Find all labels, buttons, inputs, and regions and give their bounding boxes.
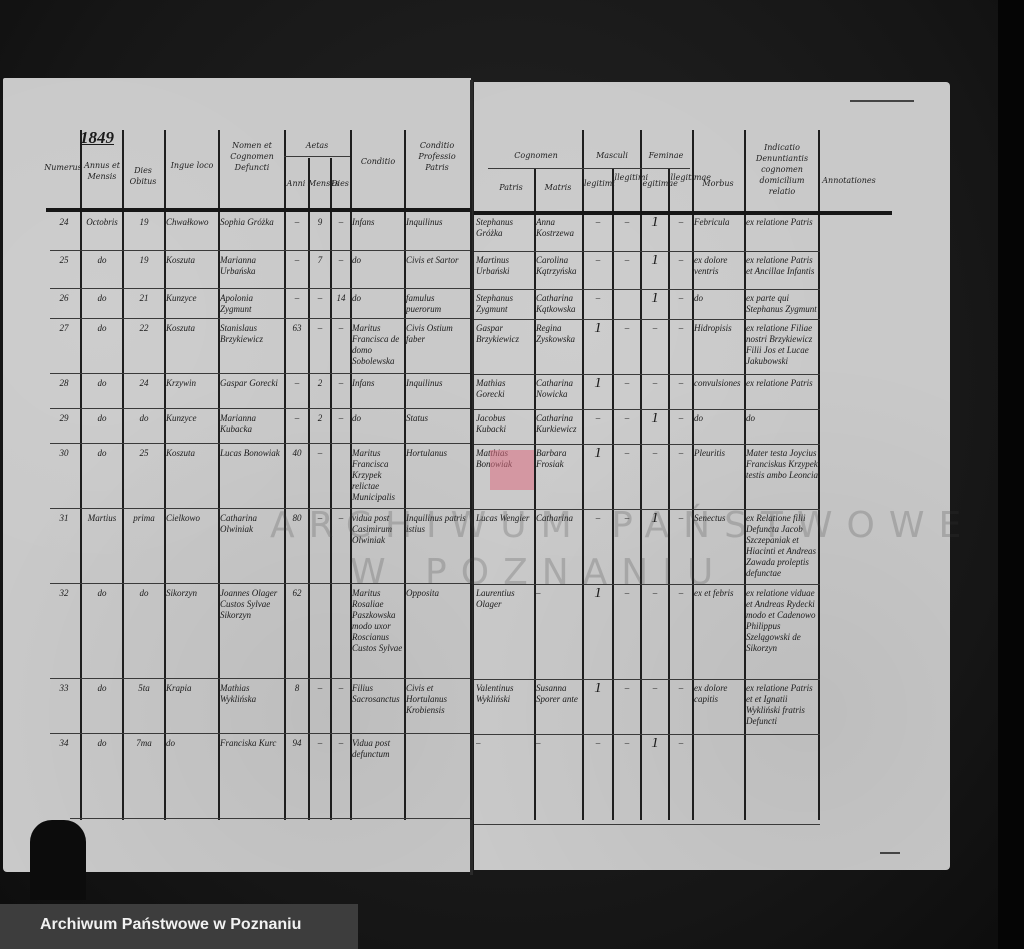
header-cognomen: Cognomen	[488, 150, 584, 161]
cell-anni: –	[286, 217, 308, 253]
cell-morbus: do	[694, 413, 744, 446]
cell-feminae-legitimae: 1	[642, 738, 668, 811]
cell-professio-patris: Hortulanus	[406, 448, 468, 511]
cell-menses	[310, 588, 330, 681]
header-anni: Anni	[284, 178, 308, 189]
cell-feminae-legitimae: –	[642, 378, 668, 411]
cell-dies-obitus: 19	[124, 217, 164, 253]
cell-nomen-defuncti: Marianna Urbańska	[220, 255, 284, 291]
cell-morbus	[694, 738, 744, 811]
cell-nomen-defuncti: Gaspar Gorecki	[220, 378, 284, 411]
header-morbus: Morbus	[692, 178, 744, 189]
header-menses: Menses	[308, 178, 330, 189]
cell-masculi-legitimi: 1	[584, 448, 612, 511]
cell-relatio: Mater testa Joycius Franciskus Krzypek t…	[746, 448, 818, 511]
cell-locus: Koszuta	[166, 448, 218, 511]
cell-numerus: 27	[48, 323, 80, 376]
cell-conditio: Maritus Rosaliae Paszkowska modo uxor Ro…	[352, 588, 404, 681]
cell-conditio: Infans	[352, 378, 404, 411]
cell-mensis: do	[82, 738, 122, 811]
header-rule-left	[46, 208, 470, 212]
cell-nomen-defuncti: Stanislaus Brzykiewicz	[220, 323, 284, 376]
cell-masculi-legitimi: 1	[584, 683, 612, 736]
cell-feminae-legitimae: 1	[642, 217, 668, 253]
cell-dies-aetas: –	[332, 217, 350, 253]
cell-professio-patris: Opposita	[406, 588, 468, 681]
cell-feminae-illegitimae: –	[670, 588, 692, 681]
header-indicatio: Indicatio Denuntiantis cognomen domicili…	[746, 142, 818, 197]
cell-feminae-legitimae: –	[642, 323, 668, 376]
cell-mensis: do	[82, 323, 122, 376]
cell-masculi-illegitimi: –	[614, 217, 640, 253]
cell-dies-obitus: 25	[124, 448, 164, 511]
cell-anni: –	[286, 293, 308, 321]
cell-mensis: do	[82, 588, 122, 681]
cell-dies-obitus: prima	[124, 513, 164, 586]
header-matris: Matris	[534, 182, 582, 193]
cell-mater: Carolina Kątrzyńska	[536, 255, 582, 291]
cell-numerus: 34	[48, 738, 80, 811]
header-ingue-loco: Ingue loco	[166, 160, 218, 171]
cell-mater: Catharina Kurkiewicz	[536, 413, 582, 446]
cell-menses: –	[310, 683, 330, 736]
cell-masculi-illegitimi: –	[614, 448, 640, 511]
cell-dies-aetas	[332, 588, 350, 681]
cell-numerus: 25	[48, 255, 80, 291]
header-masculi: Masculi	[584, 150, 640, 161]
cell-professio-patris: Civis et Hortulanus Krobiensis	[406, 683, 468, 736]
highlight-marker	[490, 450, 534, 490]
watermark-line-1: ARCHIWUM PAŃSTWOWE	[270, 505, 975, 546]
cell-locus: do	[166, 738, 218, 811]
cell-morbus: ex dolore ventris	[694, 255, 744, 291]
watermark-line-2: W POZNANIU	[350, 552, 727, 593]
cell-dies-obitus: 21	[124, 293, 164, 321]
cell-dies-aetas: –	[332, 323, 350, 376]
cell-relatio: ex relatione Patris	[746, 378, 818, 411]
cell-menses: –	[310, 448, 330, 511]
cell-locus: Kunzyce	[166, 413, 218, 446]
archive-name: Archiwum Państwowe w Poznaniu	[40, 916, 301, 934]
header-dies-obitus: Dies Obitus	[122, 165, 164, 187]
cell-pater: –	[476, 738, 534, 811]
cell-dies-obitus: 5ta	[124, 683, 164, 736]
cell-pater: Martinus Urbański	[476, 255, 534, 291]
cell-dies-obitus: do	[124, 588, 164, 681]
cell-relatio	[746, 738, 818, 811]
cell-masculi-legitimi: 1	[584, 378, 612, 411]
cell-locus: Cielkowo	[166, 513, 218, 586]
cell-relatio: do	[746, 413, 818, 446]
cell-nomen-defuncti: Joannes Olager Custos Sylvae Sikorzyn	[220, 588, 284, 681]
header-annotationes: Annotationes	[818, 175, 880, 186]
header-masculi-legitimi: legitimi	[584, 178, 612, 189]
cell-feminae-legitimae: 1	[642, 293, 668, 321]
cell-masculi-legitimi: –	[584, 413, 612, 446]
header-feminae: Feminae	[640, 150, 692, 161]
bottom-rule-left	[70, 818, 470, 819]
cell-pater: Stephanus Zygmunt	[476, 293, 534, 321]
bottom-rule-right	[474, 824, 820, 825]
header-conditio-patris: Conditio Professio Patris	[406, 140, 468, 173]
cell-menses: 9	[310, 217, 330, 253]
cell-dies-obitus: 24	[124, 378, 164, 411]
cell-relatio: ex relatione Patris et Ancillae Infantis	[746, 255, 818, 291]
cell-menses: –	[310, 323, 330, 376]
column-line	[470, 130, 472, 820]
cell-menses: 2	[310, 378, 330, 411]
cell-anni: 63	[286, 323, 308, 376]
cell-feminae-illegitimae: –	[670, 413, 692, 446]
cell-feminae-illegitimae: –	[670, 448, 692, 511]
cell-masculi-illegitimi: –	[614, 323, 640, 376]
cell-nomen-defuncti: Franciska Kurc	[220, 738, 284, 811]
cell-mensis: do	[82, 293, 122, 321]
cell-mensis: do	[82, 255, 122, 291]
cell-conditio: Filius Sacrosanctus	[352, 683, 404, 736]
archive-footer: Archiwum Państwowe w Poznaniu	[0, 904, 358, 949]
cell-nomen-defuncti: Lucas Bonowiak	[220, 448, 284, 511]
cell-professio-patris: Civis Ostium faber	[406, 323, 468, 376]
header-annus-mensis: Annus et Mensis	[82, 160, 122, 182]
cell-relatio: ex relatione Filiae nostri Brzykiewicz F…	[746, 323, 818, 376]
cell-numerus: 31	[48, 513, 80, 586]
cell-pater: Mathias Gorecki	[476, 378, 534, 411]
cell-dies-aetas: –	[332, 413, 350, 446]
cell-conditio: do	[352, 413, 404, 446]
cell-locus: Krzywin	[166, 378, 218, 411]
cognomen-divider	[488, 168, 690, 169]
cell-relatio: ex relatione viduae et Andreas Rydecki m…	[746, 588, 818, 681]
cell-feminae-illegitimae: –	[670, 378, 692, 411]
cell-masculi-legitimi: –	[584, 738, 612, 811]
cell-mater: –	[536, 588, 582, 681]
cell-conditio: do	[352, 255, 404, 291]
cell-menses: 7	[310, 255, 330, 291]
cell-mater: Susanna Sporer ante	[536, 683, 582, 736]
cell-mensis: do	[82, 378, 122, 411]
cell-professio-patris: Civis et Sartor	[406, 255, 468, 291]
cell-feminae-legitimae: 1	[642, 255, 668, 291]
cell-numerus: 26	[48, 293, 80, 321]
cell-morbus: Pleuritis	[694, 448, 744, 511]
cell-anni: –	[286, 378, 308, 411]
cell-conditio: Infans	[352, 217, 404, 253]
cell-menses: –	[310, 293, 330, 321]
cell-numerus: 28	[48, 378, 80, 411]
cell-morbus: Hidropisis	[694, 323, 744, 376]
cell-pater: Gaspar Brzykiewicz	[476, 323, 534, 376]
cell-masculi-legitimi: –	[584, 255, 612, 291]
cell-mater: Anna Kostrzewa	[536, 217, 582, 253]
cell-feminae-legitimae: –	[642, 588, 668, 681]
cell-locus: Koszuta	[166, 255, 218, 291]
cell-pater: Stephanus Gróżka	[476, 217, 534, 253]
column-line	[818, 130, 820, 820]
cell-numerus: 24	[48, 217, 80, 253]
cell-mater: Barbara Frosiak	[536, 448, 582, 511]
cell-masculi-illegitimi: –	[614, 378, 640, 411]
cell-professio-patris	[406, 738, 468, 811]
cell-relatio: ex parte qui Stephanus Zygmunt	[746, 293, 818, 321]
cell-mater: Catharina Nowicka	[536, 378, 582, 411]
cell-anni: 62	[286, 588, 308, 681]
cell-feminae-illegitimae: –	[670, 293, 692, 321]
cell-dies-obitus: 7ma	[124, 738, 164, 811]
cell-feminae-illegitimae: –	[670, 255, 692, 291]
header-feminae-illegitimae: illegitimae	[668, 172, 692, 183]
margin-mark	[850, 100, 914, 102]
cell-locus: Koszuta	[166, 323, 218, 376]
cell-numerus: 29	[48, 413, 80, 446]
cell-conditio: Maritus Francisca Krzypek relictae Munic…	[352, 448, 404, 511]
cell-pater: Jacobus Kubacki	[476, 413, 534, 446]
cell-dies-aetas: –	[332, 255, 350, 291]
cell-masculi-illegitimi: –	[614, 683, 640, 736]
cell-nomen-defuncti: Sophia Gróżka	[220, 217, 284, 253]
cell-morbus: ex dolore capitis	[694, 683, 744, 736]
cell-masculi-legitimi: –	[584, 293, 612, 321]
cell-mensis: Octobris	[82, 217, 122, 253]
cell-anni: –	[286, 413, 308, 446]
cell-masculi-illegitimi	[614, 293, 640, 321]
cell-professio-patris: famulus puerorum	[406, 293, 468, 321]
cell-feminae-illegitimae: –	[670, 217, 692, 253]
cell-dies-aetas: 14	[332, 293, 350, 321]
scan-edge	[998, 0, 1024, 949]
header-numerus: Numerus	[44, 162, 82, 173]
header-masculi-illegitimi: illegitimi	[612, 172, 640, 183]
cell-relatio: ex relatione Patris et et Ignatii Wykliń…	[746, 683, 818, 736]
cell-feminae-illegitimae: –	[670, 323, 692, 376]
cell-feminae-legitimae: 1	[642, 413, 668, 446]
cell-conditio: Maritus Francisca de domo Sobolewska	[352, 323, 404, 376]
cell-mensis: do	[82, 448, 122, 511]
header-dies: Dies	[330, 178, 350, 189]
cell-relatio: ex relatione Patris	[746, 217, 818, 253]
cell-masculi-illegitimi: –	[614, 588, 640, 681]
cell-dies-aetas: –	[332, 738, 350, 811]
cell-anni: 94	[286, 738, 308, 811]
cell-morbus: do	[694, 293, 744, 321]
cell-anni: –	[286, 255, 308, 291]
cell-masculi-legitimi: 1	[584, 323, 612, 376]
cell-locus: Chwałkowo	[166, 217, 218, 253]
cell-anni: 8	[286, 683, 308, 736]
cell-mensis: do	[82, 413, 122, 446]
cell-feminae-illegitimae: –	[670, 683, 692, 736]
cell-mensis: do	[82, 683, 122, 736]
cell-mensis: Martius	[82, 513, 122, 586]
header-patris: Patris	[488, 182, 534, 193]
cell-mater: Catharina Kątkowska	[536, 293, 582, 321]
cell-dies-aetas: –	[332, 683, 350, 736]
cell-morbus: convulsiones	[694, 378, 744, 411]
cell-dies-obitus: 19	[124, 255, 164, 291]
register-year: 1849	[80, 128, 114, 148]
header-rule-right	[474, 211, 892, 215]
cell-nomen-defuncti: Mathias Wyklińska	[220, 683, 284, 736]
cell-morbus: ex et febris	[694, 588, 744, 681]
cell-feminae-legitimae: –	[642, 448, 668, 511]
cell-locus: Sikorzyn	[166, 588, 218, 681]
cell-professio-patris: Inquilinus	[406, 217, 468, 253]
header-aetas: Aetas	[284, 140, 350, 151]
cell-locus: Krapia	[166, 683, 218, 736]
header-nomen: Nomen et Cognomen Defuncti	[220, 140, 284, 173]
cell-feminae-legitimae: –	[642, 683, 668, 736]
cell-masculi-illegitimi: –	[614, 255, 640, 291]
cell-masculi-illegitimi: –	[614, 413, 640, 446]
cell-masculi-legitimi: –	[584, 217, 612, 253]
cell-conditio: do	[352, 293, 404, 321]
cell-pater: Valentinus Wykliński	[476, 683, 534, 736]
cell-masculi-legitimi: 1	[584, 588, 612, 681]
cell-dies-aetas: –	[332, 378, 350, 411]
cell-menses: 2	[310, 413, 330, 446]
cell-dies-aetas	[332, 448, 350, 511]
cell-anni: 40	[286, 448, 308, 511]
cell-feminae-illegitimae: –	[670, 738, 692, 811]
cell-dies-obitus: 22	[124, 323, 164, 376]
cell-morbus: Febricula	[694, 217, 744, 253]
cell-mater: Regina Zyskowska	[536, 323, 582, 376]
cell-professio-patris: Inquilinus	[406, 378, 468, 411]
cell-professio-patris: Status	[406, 413, 468, 446]
cell-masculi-illegitimi: –	[614, 738, 640, 811]
aetas-divider	[284, 156, 350, 157]
header-feminae-legitimae: legitimae	[640, 178, 668, 189]
cell-nomen-defuncti: Apolonia Zygmunt	[220, 293, 284, 321]
cell-numerus: 33	[48, 683, 80, 736]
header-conditio: Conditio	[352, 156, 404, 167]
cell-mater: –	[536, 738, 582, 811]
cell-menses: –	[310, 738, 330, 811]
margin-mark	[880, 852, 900, 854]
cell-pater: Laurentius Olager	[476, 588, 534, 681]
cell-numerus: 30	[48, 448, 80, 511]
cell-locus: Kunzyce	[166, 293, 218, 321]
cell-nomen-defuncti: Marianna Kubacka	[220, 413, 284, 446]
cell-dies-obitus: do	[124, 413, 164, 446]
cell-numerus: 32	[48, 588, 80, 681]
holding-thumb	[30, 820, 86, 900]
cell-conditio: Vidua post defunctum	[352, 738, 404, 811]
